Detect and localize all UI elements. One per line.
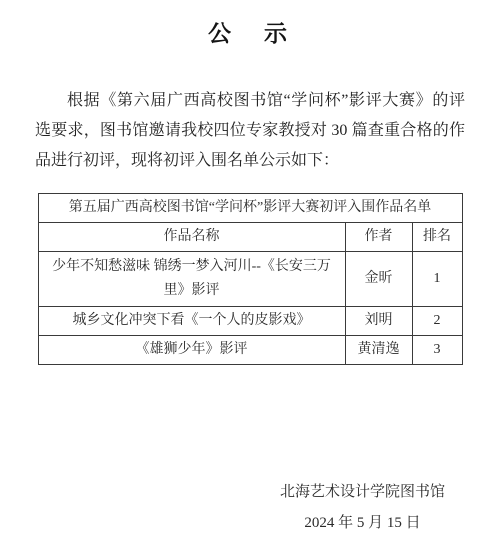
author-cell: 金昕 — [345, 252, 412, 307]
table-row: 城乡文化冲突下看《一个人的皮影戏》 刘明 2 — [38, 307, 462, 336]
work-title-cell: 《雄狮少年》影评 — [38, 336, 345, 365]
notice-document: 公 示 根据《第六届广西高校图书馆“学问杯”影评大赛》的评选要求，图书馆邀请我校… — [0, 0, 500, 552]
header-rank: 排名 — [412, 223, 462, 252]
table-row: 少年不知愁滋味 锦绣一梦入河川--《长安三万里》影评 金昕 1 — [38, 252, 462, 307]
rank-cell: 3 — [412, 336, 462, 365]
signature-date: 2024 年 5 月 15 日 — [280, 508, 445, 539]
table-caption: 第五届广西高校图书馆“学问杯”影评大赛初评入围作品名单 — [38, 194, 462, 223]
signature-organization: 北海艺术设计学院图书馆 — [280, 477, 445, 508]
document-title: 公 示 — [0, 0, 500, 49]
table-header-row: 作品名称 作者 排名 — [38, 223, 462, 252]
work-title-cell: 少年不知愁滋味 锦绣一梦入河川--《长安三万里》影评 — [38, 252, 345, 307]
author-cell: 黄清逸 — [345, 336, 412, 365]
header-work-title: 作品名称 — [38, 223, 345, 252]
shortlist-table: 第五届广西高校图书馆“学问杯”影评大赛初评入围作品名单 作品名称 作者 排名 少… — [38, 193, 463, 365]
rank-cell: 1 — [412, 252, 462, 307]
notice-body-paragraph: 根据《第六届广西高校图书馆“学问杯”影评大赛》的评选要求，图书馆邀请我校四位专家… — [35, 86, 465, 176]
work-title-cell: 城乡文化冲突下看《一个人的皮影戏》 — [38, 307, 345, 336]
table-caption-row: 第五届广西高校图书馆“学问杯”影评大赛初评入围作品名单 — [38, 194, 462, 223]
signature-block: 北海艺术设计学院图书馆 2024 年 5 月 15 日 — [280, 477, 445, 539]
rank-cell: 2 — [412, 307, 462, 336]
table-row: 《雄狮少年》影评 黄清逸 3 — [38, 336, 462, 365]
author-cell: 刘明 — [345, 307, 412, 336]
header-author: 作者 — [345, 223, 412, 252]
